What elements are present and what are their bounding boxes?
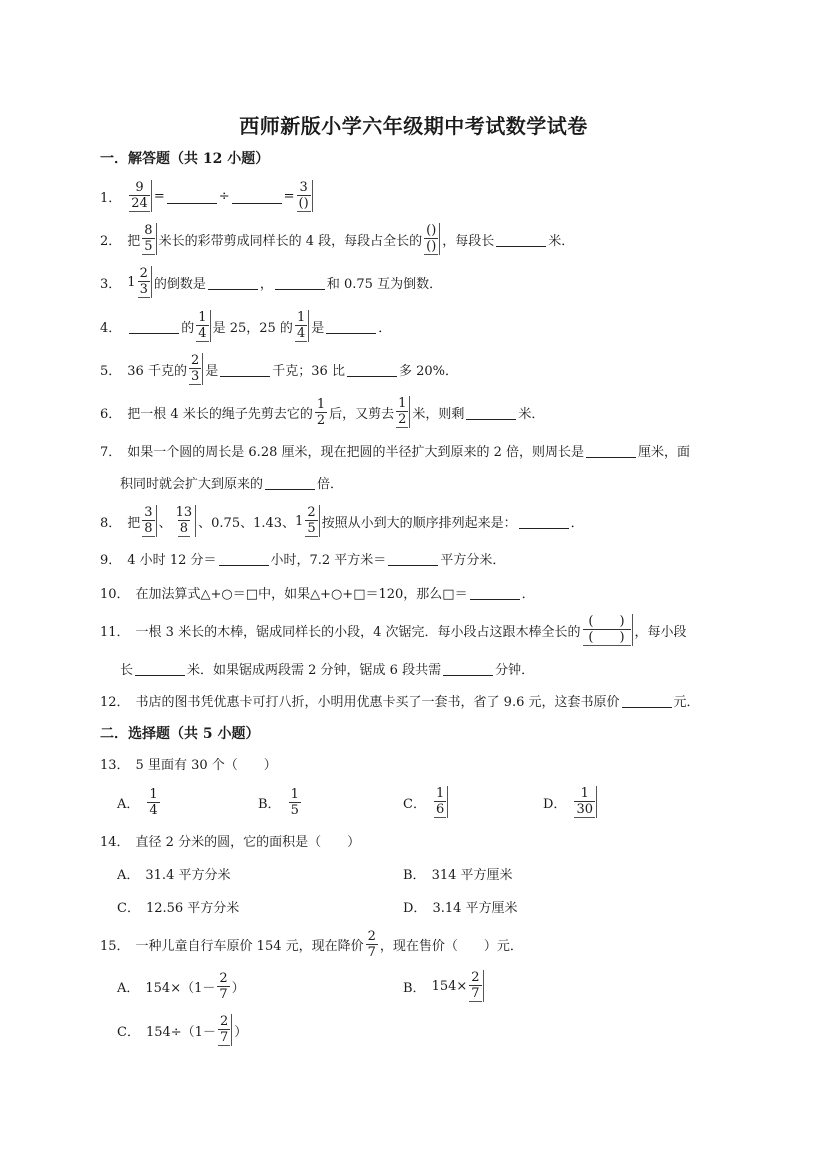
answer-blank[interactable] xyxy=(622,693,672,708)
question-text: 千克；36 比 xyxy=(272,360,345,379)
answer-blank[interactable] xyxy=(167,189,217,204)
denominator: 2 xyxy=(396,411,408,428)
fraction: 27 xyxy=(366,929,378,960)
question-number: 7． xyxy=(100,441,121,460)
question-text: 是 xyxy=(205,360,218,379)
denominator: 8 xyxy=(178,520,190,537)
numerator: 1 xyxy=(315,397,327,412)
numerator: 1 xyxy=(434,786,446,801)
denominator-blank[interactable]: () xyxy=(297,195,311,212)
answer-blank[interactable] xyxy=(208,275,258,290)
question-text: 按照从小到大的顺序排列起来是： xyxy=(322,512,517,531)
answer-blank[interactable] xyxy=(275,275,325,290)
option-d[interactable]: D． 130 xyxy=(543,784,599,820)
question-text: 长 xyxy=(120,659,133,678)
option-label: A． xyxy=(117,864,139,883)
numerator: 2 xyxy=(469,970,481,985)
divide-sign: ÷ xyxy=(219,189,230,204)
mixed-whole: 1 xyxy=(127,275,135,290)
separator: 、 xyxy=(159,512,172,531)
answer-blank[interactable] xyxy=(586,443,636,458)
denominator: 24 xyxy=(129,195,150,212)
question-text: 的倒数是 xyxy=(154,273,206,292)
question-number: 14． xyxy=(100,831,130,850)
question-text: 如果一个圆的周长是 6.28 厘米，现在把圆的半径扩大到原来的 2 倍，则周长是 xyxy=(127,441,584,460)
question-text: 分钟． xyxy=(495,659,534,678)
fraction: 27 xyxy=(218,1014,232,1046)
question-text: 是 25，25 的 xyxy=(213,317,293,336)
option-c[interactable]: C． 16 xyxy=(403,784,450,820)
denominator: 4 xyxy=(196,325,208,342)
fraction: 14 xyxy=(295,310,309,342)
numerator: 9 xyxy=(133,180,145,195)
option-label: D． xyxy=(543,793,566,812)
fraction: 12 xyxy=(396,396,410,428)
question-text: 一根 3 米长的木棒，锯成同样长的小段，4 次锯完．每小段占这跟木棒全长的 xyxy=(136,621,581,640)
question-6: 6． 把一根 4 米长的绳子先剪去它的 12 后，又剪去 12 米，则剩 米． xyxy=(100,394,544,430)
question-text: ． xyxy=(522,583,535,602)
question-text: 米． xyxy=(548,230,574,249)
question-11-continued: 长 米．如果锯成两段需 2 分钟，锯成 6 段共需 分钟． xyxy=(120,650,534,686)
denominator: 4 xyxy=(147,802,159,818)
numerator: 8 xyxy=(142,223,154,238)
section-heading-choice: 二．选择题（共 5 小题） xyxy=(100,723,260,743)
question-number: 4． xyxy=(100,317,121,336)
numerator: 2 xyxy=(218,1014,230,1029)
question-text: 把 xyxy=(127,512,140,531)
option-label: A． xyxy=(117,793,139,812)
denominator-blank[interactable]: ( ) xyxy=(583,629,631,646)
denominator-blank[interactable]: () xyxy=(424,238,438,255)
denominator: 5 xyxy=(289,802,301,818)
fraction: 138 xyxy=(174,505,197,537)
denominator: 7 xyxy=(366,944,378,960)
option-c[interactable]: C． 12.56 平方分米 xyxy=(117,888,239,924)
option-text: 31.4 平方分米 xyxy=(145,864,230,883)
numerator-blank[interactable]: ( ) xyxy=(583,614,631,629)
denominator: 7 xyxy=(218,1029,230,1046)
question-2: 2． 把 85 米长的彩带剪成同样长的 4 段，每段占全长的 ()() ，每段长… xyxy=(100,221,574,257)
numerator: 3 xyxy=(142,505,154,520)
question-3: 3． 1 23 的倒数是 ， 和 0.75 互为倒数． xyxy=(100,264,442,300)
question-text: 元． xyxy=(674,691,700,710)
answer-blank[interactable] xyxy=(220,362,270,377)
question-text: 后，又剪去 xyxy=(329,403,394,422)
question-4: 4． 的 14 是 25，25 的 14 是 ． xyxy=(100,308,391,344)
question-text: ， xyxy=(260,273,273,292)
question-text: ，每小段 xyxy=(635,621,687,640)
option-label: A． xyxy=(117,977,139,996)
answer-blank[interactable] xyxy=(388,551,438,566)
question-text: 和 0.75 互为倒数． xyxy=(327,273,442,292)
question-text: 4 小时 12 分＝ xyxy=(127,549,216,568)
option-text: 154× xyxy=(432,979,468,994)
question-text: ． xyxy=(378,317,391,336)
question-8: 8． 把 38 、 138 、0.75、1.43、 1 25 按照从小到大的顺序… xyxy=(100,503,584,539)
question-text: 直径 2 分米的圆，它的面积是（ ） xyxy=(136,831,361,850)
fraction: 25 xyxy=(305,505,319,537)
answer-blank[interactable] xyxy=(135,661,185,676)
fraction: 27 xyxy=(217,971,229,1002)
option-a[interactable]: A． 31.4 平方分米 xyxy=(117,855,230,891)
fraction: 85 xyxy=(142,223,156,255)
fraction: 12 xyxy=(315,397,327,428)
question-9: 9． 4 小时 12 分＝ 小时，7.2 平方米＝ 平方分米． xyxy=(100,540,505,576)
answer-blank[interactable] xyxy=(496,232,546,247)
denominator: 5 xyxy=(142,238,154,255)
question-text: ，每段长 xyxy=(442,230,494,249)
question-7: 7． 如果一个圆的周长是 6.28 厘米，现在把圆的半径扩大到原来的 2 倍，则… xyxy=(100,432,690,468)
question-1: 1． 924 = ÷ = 3() xyxy=(100,178,315,214)
denominator: 30 xyxy=(574,801,595,818)
numerator: 2 xyxy=(366,929,378,944)
question-number: 5． xyxy=(100,360,121,379)
answer-blank[interactable] xyxy=(326,319,376,334)
fraction: 130 xyxy=(574,786,597,818)
question-text: 在加法算式△+○＝□中，如果△+○+□＝120，那么□＝ xyxy=(136,583,468,602)
fraction: 23 xyxy=(189,353,203,385)
denominator: 7 xyxy=(469,985,481,1002)
answer-blank[interactable] xyxy=(232,189,282,204)
numerator: 13 xyxy=(174,505,195,520)
question-number: 8． xyxy=(100,512,121,531)
question-text: 的 xyxy=(181,317,194,336)
option-c[interactable]: C． 154÷（1－ 27 ） xyxy=(117,1012,247,1048)
question-text: ，现在售价（ ）元． xyxy=(380,935,523,954)
numerator-blank[interactable]: () xyxy=(424,223,438,238)
fraction-blank[interactable]: ( )( ) xyxy=(583,614,633,646)
numerator: 1 xyxy=(147,787,159,802)
question-text: 厘米，面 xyxy=(638,441,690,460)
section-heading-answer: 一．解答题（共 12 小题） xyxy=(100,148,269,168)
fraction: 38 xyxy=(142,505,156,537)
option-d[interactable]: D． 3.14 平方厘米 xyxy=(403,888,518,924)
question-12: 12． 书店的图书凭优惠卡可打八折，小明用优惠卡买了一套书，省了 9.6 元，这… xyxy=(100,682,700,718)
fraction: 924 xyxy=(129,180,152,212)
question-number: 12． xyxy=(100,691,130,710)
question-text: 平方分米． xyxy=(440,549,505,568)
numerator: 1 xyxy=(396,396,408,411)
numerator: 3 xyxy=(297,180,309,195)
question-text: 多 20%． xyxy=(399,360,458,379)
question-number: 3． xyxy=(100,273,121,292)
option-text: ） xyxy=(234,1021,247,1040)
question-text: ． xyxy=(571,512,584,531)
question-13: 13． 5 里面有 30 个（ ） xyxy=(100,745,277,781)
numerator: 2 xyxy=(189,353,201,368)
option-label: B． xyxy=(403,977,426,996)
numerator: 2 xyxy=(217,971,229,986)
option-text: 12.56 平方分米 xyxy=(146,897,239,916)
question-10: 10． 在加法算式△+○＝□中，如果△+○+□＝120，那么□＝ ． xyxy=(100,574,535,610)
option-a[interactable]: A． 14 xyxy=(117,784,162,820)
question-text: 倍． xyxy=(317,473,343,492)
numerator: 1 xyxy=(289,787,301,802)
option-label: C． xyxy=(117,1021,140,1040)
question-text: 积同时就会扩大到原来的 xyxy=(120,473,263,492)
option-label: B． xyxy=(403,864,426,883)
question-14: 14． 直径 2 分米的圆，它的面积是（ ） xyxy=(100,822,360,858)
denominator: 5 xyxy=(305,520,317,537)
option-text: 3.14 平方厘米 xyxy=(432,897,517,916)
option-label: C． xyxy=(403,793,426,812)
mixed-whole: 1 xyxy=(295,514,303,529)
question-text: 36 千克的 xyxy=(127,360,187,379)
numerator: 2 xyxy=(138,266,150,281)
question-7-continued: 积同时就会扩大到原来的 倍． xyxy=(120,464,343,500)
question-text: 把一根 4 米长的绳子先剪去它的 xyxy=(127,403,313,422)
question-number: 1． xyxy=(100,187,121,206)
fraction: 23 xyxy=(138,266,152,298)
question-text: 一种儿童自行车原价 154 元，现在降价 xyxy=(136,935,364,954)
answer-blank[interactable] xyxy=(265,475,315,490)
option-b[interactable]: B． 15 xyxy=(258,784,303,820)
question-number: 6． xyxy=(100,403,121,422)
option-b[interactable]: B． 154× 27 xyxy=(403,968,486,1004)
question-text: 米． xyxy=(518,403,544,422)
question-11: 11． 一根 3 米长的木棒，锯成同样长的小段，4 次锯完．每小段占这跟木棒全长… xyxy=(100,612,687,648)
answer-blank[interactable] xyxy=(466,405,516,420)
fraction: 16 xyxy=(434,786,448,818)
option-a[interactable]: A． 154×（1－ 27 ） xyxy=(117,968,245,1004)
denominator: 2 xyxy=(315,412,327,428)
option-label: D． xyxy=(403,897,426,916)
equals-sign: = xyxy=(154,189,165,204)
question-number: 15． xyxy=(100,935,130,954)
question-number: 13． xyxy=(100,754,130,773)
option-label: B． xyxy=(258,793,281,812)
question-text: 米，则剩 xyxy=(412,403,464,422)
question-5: 5． 36 千克的 23 是 千克；36 比 多 20%． xyxy=(100,351,458,387)
option-label: C． xyxy=(117,897,140,916)
equals-sign: = xyxy=(284,189,295,204)
denominator: 3 xyxy=(138,281,150,298)
answer-blank[interactable] xyxy=(347,362,397,377)
question-15: 15． 一种儿童自行车原价 154 元，现在降价 27 ，现在售价（ ）元． xyxy=(100,926,523,962)
denominator: 8 xyxy=(142,520,154,537)
fraction: 14 xyxy=(196,310,210,342)
question-text: 书店的图书凭优惠卡可打八折，小明用优惠卡买了一套书，省了 9.6 元，这套书原价 xyxy=(136,691,620,710)
question-number: 9． xyxy=(100,549,121,568)
question-text: 米．如果锯成两段需 2 分钟，锯成 6 段共需 xyxy=(187,659,441,678)
exam-page: 西师新版小学六年级期中考试数学试卷 一．解答题（共 12 小题） 1． 924 … xyxy=(0,0,827,1169)
answer-blank[interactable] xyxy=(219,551,269,566)
option-b[interactable]: B． 314 平方厘米 xyxy=(403,855,513,891)
page-title: 西师新版小学六年级期中考试数学试卷 xyxy=(0,110,827,139)
option-text: 154×（1－ xyxy=(145,977,215,996)
fraction: 27 xyxy=(469,970,483,1002)
question-number: 2． xyxy=(100,230,121,249)
question-text: 米长的彩带剪成同样长的 4 段，每段占全长的 xyxy=(159,230,423,249)
question-number: 11． xyxy=(100,621,130,640)
question-text: 、0.75、1.43、 xyxy=(198,512,295,531)
fraction-blank[interactable]: ()() xyxy=(424,223,440,255)
answer-blank[interactable] xyxy=(470,585,520,600)
denominator: 4 xyxy=(295,325,307,342)
numerator: 2 xyxy=(305,505,317,520)
answer-blank[interactable] xyxy=(519,514,569,529)
numerator: 1 xyxy=(196,310,208,325)
denominator: 3 xyxy=(189,368,201,385)
fraction: 15 xyxy=(289,787,301,818)
denominator: 6 xyxy=(434,801,446,818)
answer-blank[interactable] xyxy=(443,661,493,676)
option-text: ） xyxy=(232,977,245,996)
question-text: 把 xyxy=(127,230,140,249)
numerator: 1 xyxy=(579,786,591,801)
question-number: 10． xyxy=(100,583,130,602)
fraction: 3() xyxy=(297,180,313,212)
question-text: 小时，7.2 平方米＝ xyxy=(271,549,387,568)
numerator: 1 xyxy=(295,310,307,325)
answer-blank[interactable] xyxy=(129,319,179,334)
question-text: 是 xyxy=(311,317,324,336)
denominator: 7 xyxy=(217,986,229,1002)
question-text: 5 里面有 30 个（ ） xyxy=(136,754,277,773)
option-text: 314 平方厘米 xyxy=(432,864,513,883)
fraction: 14 xyxy=(147,787,159,818)
option-text: 154÷（1－ xyxy=(146,1021,216,1040)
